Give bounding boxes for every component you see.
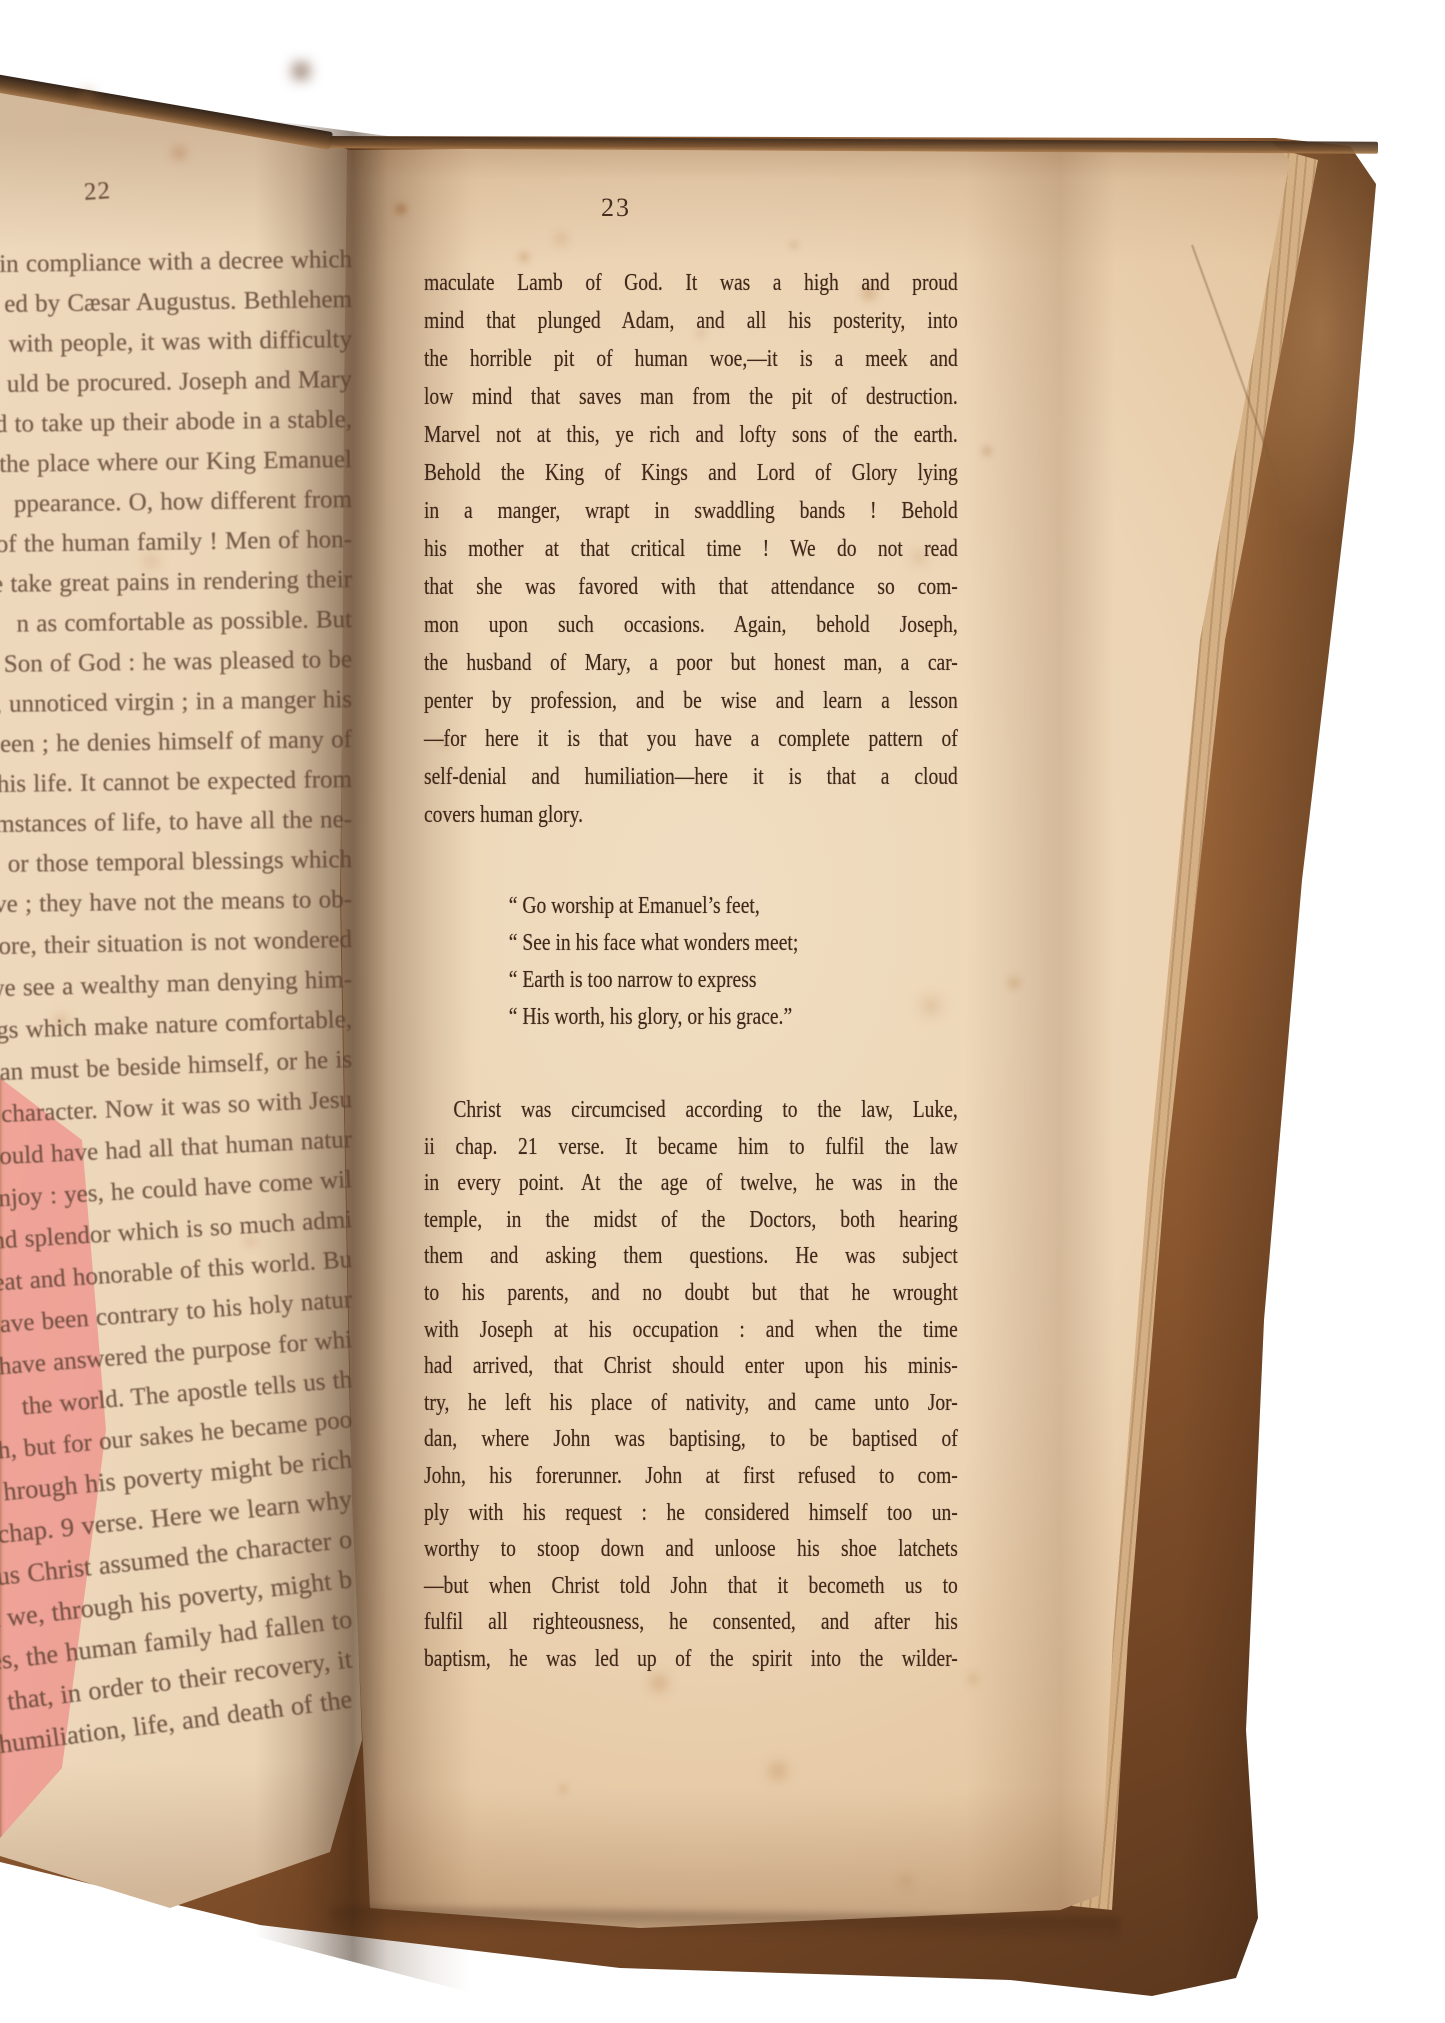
text-line: the horrible pit of human woe,—it is a m… bbox=[424, 340, 958, 378]
text-line: that she was favored with that attendanc… bbox=[424, 568, 958, 606]
foxing-spots bbox=[0, 0, 2, 2]
text-line: fulfil all righteousness, he consented, … bbox=[424, 1604, 958, 1641]
text-line: Behold the King of Kings and Lord of Glo… bbox=[424, 454, 958, 492]
text-line: in every point. At the age of twelve, he… bbox=[424, 1165, 958, 1202]
text-line: had arrived, that Christ should enter up… bbox=[424, 1348, 958, 1385]
paragraph-1: maculate Lamb of God. It was a high and … bbox=[424, 264, 958, 796]
top-edge-rim-left bbox=[0, 74, 333, 150]
hymn-quotation: “ Go worship at Emanuel’s feet,“ See in … bbox=[509, 888, 958, 1036]
text-line: mon upon such occasions. Again, behold J… bbox=[424, 606, 958, 644]
text-line: worthy to stoop down and unloose his sho… bbox=[424, 1531, 958, 1568]
paper-crack-line bbox=[1191, 245, 1295, 526]
text-line: “ See in his face what wonders meet; bbox=[509, 925, 958, 962]
text-line: dan, where John was baptising, to be bap… bbox=[424, 1421, 958, 1458]
text-line: with Joseph at his occupation : and when… bbox=[424, 1312, 958, 1349]
text-line: his mother at that critical time ! We do… bbox=[424, 530, 958, 568]
text-line: Marvel not at this, ye rich and lofty so… bbox=[424, 416, 958, 454]
text-line: penter by profession, and be wise and le… bbox=[424, 682, 958, 720]
text-line: —for here it is that you have a complete… bbox=[424, 720, 958, 758]
bottom-edge-shadow bbox=[330, 1906, 1120, 1943]
text-line: temple, in the midst of the Doctors, bot… bbox=[424, 1202, 958, 1239]
text-line: mind that plunged Adam, and all his post… bbox=[424, 302, 958, 340]
paragraph-1-last-line: covers human glory. bbox=[424, 796, 958, 834]
text-line: —but when Christ told John that it becom… bbox=[424, 1568, 958, 1605]
text-line: low mind that saves man from the pit of … bbox=[424, 378, 958, 416]
text-line: baptism, he was led up of the spirit int… bbox=[424, 1641, 958, 1678]
book-photo: 22 23 , in compliance with a decree whic… bbox=[0, 0, 1445, 2023]
text-line: “ His worth, his glory, or his grace.” bbox=[509, 999, 958, 1036]
text-line: “ Go worship at Emanuel’s feet, bbox=[509, 888, 958, 925]
text-line: the husband of Mary, a poor but honest m… bbox=[424, 644, 958, 682]
text-line: try, he left his place of nativity, and … bbox=[424, 1385, 958, 1422]
text-line: to his parents, and no doubt but that he… bbox=[424, 1275, 958, 1312]
text-line: maculate Lamb of God. It was a high and … bbox=[424, 264, 958, 302]
left-page-text: , in compliance with a decree whiched by… bbox=[0, 240, 352, 1720]
text-line: John, his forerunner. John at first refu… bbox=[424, 1458, 958, 1495]
paragraph-2: Christ was circumcised according to the … bbox=[424, 1092, 958, 1678]
right-page-text: maculate Lamb of God. It was a high and … bbox=[424, 264, 958, 1678]
top-edge-rim-right bbox=[330, 136, 1378, 153]
text-line: Christ was circumcised according to the … bbox=[424, 1092, 958, 1129]
text-line: ply with his request : he considered him… bbox=[424, 1495, 958, 1532]
page-number-left: 22 bbox=[83, 177, 112, 207]
text-line: ii chap. 21 verse. It became him to fulf… bbox=[424, 1129, 958, 1166]
text-line: self-denial and humiliation—here it is t… bbox=[424, 758, 958, 796]
page-number-right: 23 bbox=[601, 193, 631, 223]
text-line: “ Earth is too narrow to express bbox=[509, 962, 958, 999]
text-line: in a manger, wrapt in swaddling bands ! … bbox=[424, 492, 958, 530]
text-line: them and asking them questions. He was s… bbox=[424, 1238, 958, 1275]
